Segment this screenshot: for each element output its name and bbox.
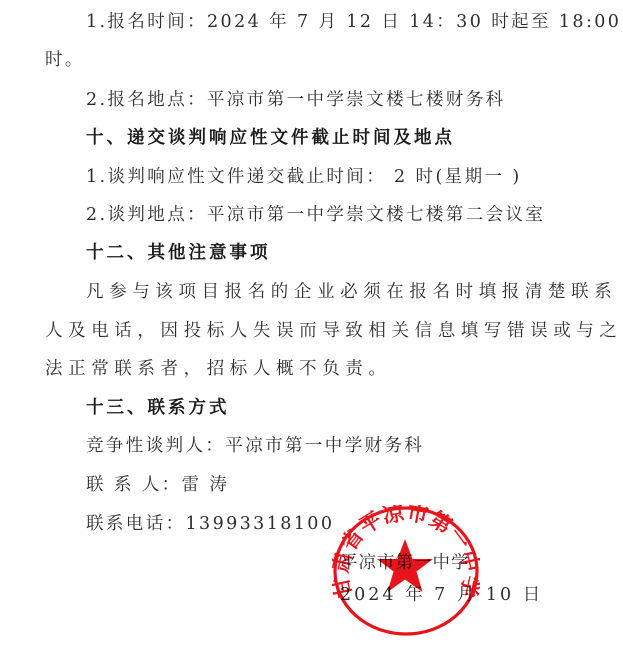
notice-line-3: 法正常联系者，招标人概不负责。 [45, 358, 392, 380]
registration-time-continuation: 时。 [45, 49, 85, 71]
section-12-heading: 十二、其他注意事项 [86, 242, 271, 264]
registration-place-line: 2.报名地点：平凉市第一中学崇文楼七楼财务科 [86, 89, 506, 111]
registration-time-line: 1.报名时间：2024 年 7 月 12 日 14：30 时起至 18:00 [86, 11, 621, 33]
section-10-heading: 十、递交谈判响应性文件截止时间及地点 [86, 127, 455, 149]
signature-organization: 平凉市第一中学 [340, 552, 470, 574]
notice-line-2: 人及电话，因投标人失误而导致相关信息填写错误或与之无 [45, 320, 623, 342]
contact-person-line: 联 系 人：雷 涛 [86, 474, 229, 496]
deadline-time-line: 1.谈判响应性文件递交截止时间： 2 时(星期一 ) [86, 166, 522, 188]
section-13-heading: 十三、联系方式 [86, 397, 230, 419]
signature-date: 2024 年 7 月 10 日 [340, 584, 543, 606]
contact-phone-line: 联系电话：13993318100 [86, 513, 334, 535]
negotiation-place-line: 2.谈判地点：平凉市第一中学崇文楼七楼第二会议室 [86, 204, 545, 226]
negotiator-line: 竞争性谈判人：平凉市第一中学财务科 [86, 435, 424, 457]
notice-line-1: 凡参与该项目报名的企业必须在报名时填报清楚联系 [86, 281, 617, 303]
